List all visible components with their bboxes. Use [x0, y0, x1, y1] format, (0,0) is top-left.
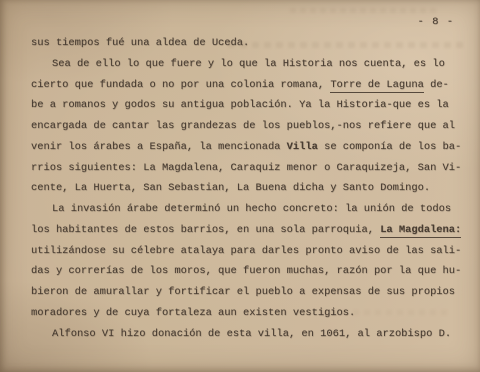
text-segment: bieron de amurallar y fortificar el pueb…	[31, 286, 455, 298]
text-segment: utilizándose su célebre atalaya para dar…	[31, 245, 461, 257]
text-line: los habitantes de estos barrios, en una …	[31, 220, 465, 241]
text-line: cierto que fundada o no por una colonia …	[31, 75, 465, 96]
bleed-through-mark	[290, 8, 440, 13]
emphasized-text: La Magdalena:	[380, 224, 461, 238]
text-line: das y correrías de los moros, que fueron…	[31, 261, 465, 282]
text-line: Sea de ello lo que fuere y lo que la His…	[31, 54, 465, 75]
page-number: - 8 -	[417, 16, 454, 28]
text-segment: cente, La Huerta, San Sebastian, La Buen…	[31, 182, 430, 194]
text-line: Alfonso VI hizo donación de esta villa, …	[31, 324, 465, 345]
text-segment: be a romanos y godos su antigua població…	[31, 99, 449, 111]
text-segment: Alfonso VI hizo donación de esta villa, …	[52, 328, 451, 340]
text-segment: La invasión árabe determinó un hecho con…	[52, 203, 451, 215]
text-line: be a romanos y godos su antigua població…	[31, 95, 465, 116]
text-segment: moradores y de cuya fortaleza aun existe…	[31, 307, 355, 319]
text-line: sus tiempos fué una aldea de Uceda.	[31, 33, 465, 54]
text-segment: encargada de cantar las grandezas de los…	[31, 120, 455, 132]
text-line: utilizándose su célebre atalaya para dar…	[31, 241, 465, 262]
text-segment: de-	[424, 79, 449, 91]
text-segment: das y correrías de los moros, que fueron…	[31, 265, 461, 277]
text-segment: Sea de ello lo que fuere y lo que la His…	[52, 58, 445, 70]
text-line: venir los árabes a España, la mencionada…	[31, 137, 465, 158]
emphasized-text: Villa	[287, 141, 318, 153]
document-page: - 8 - sus tiempos fué una aldea de Uceda…	[0, 0, 480, 372]
text-line: moradores y de cuya fortaleza aun existe…	[31, 303, 465, 324]
document-text: sus tiempos fué una aldea de Uceda.Sea d…	[31, 33, 465, 344]
text-line: La invasión árabe determinó un hecho con…	[31, 199, 465, 220]
text-line: cente, La Huerta, San Sebastian, La Buen…	[31, 178, 465, 199]
text-segment: rrios siguientes: La Magdalena, Caraquiz…	[31, 162, 461, 174]
text-line: bieron de amurallar y fortificar el pueb…	[31, 282, 465, 303]
text-segment: cierto que fundada o no por una colonia …	[31, 79, 330, 91]
text-segment: sus tiempos fué una aldea de Uceda.	[31, 37, 249, 49]
emphasized-text: Torre de Laguna	[330, 79, 424, 93]
text-segment: venir los árabes a España, la mencionada	[31, 141, 287, 153]
text-segment: se componía de los ba-	[318, 141, 461, 153]
text-line: rrios siguientes: La Magdalena, Caraquiz…	[31, 158, 465, 179]
text-line: encargada de cantar las grandezas de los…	[31, 116, 465, 137]
text-segment: los habitantes de estos barrios, en una …	[31, 224, 380, 236]
